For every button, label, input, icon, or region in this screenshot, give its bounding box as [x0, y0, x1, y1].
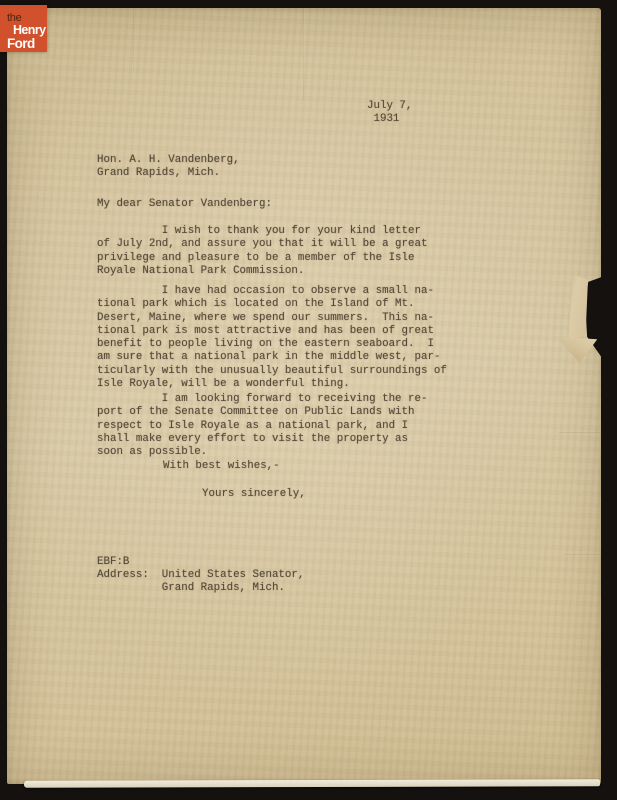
reference-initials: EBF:B [97, 556, 129, 569]
body-paragraph: I wish to thank you for your kind letter… [97, 225, 427, 278]
closing-line: With best wishes,- [163, 460, 280, 473]
logo-name-line1: Henry [13, 23, 45, 37]
scan-background: July 7, 1931 Hon. A. H. Vandenberg, Gran… [0, 0, 617, 800]
recipient-address: Hon. A. H. Vandenberg, Grand Rapids, Mic… [97, 154, 240, 181]
salutation: My dear Senator Vandenberg: [97, 198, 272, 211]
address-note: Address: United States Senator, Grand Ra… [97, 569, 304, 596]
signoff-line: Yours sincerely, [202, 488, 306, 501]
underlying-sheet-edge [24, 779, 600, 788]
henry-ford-logo: the Henry Ford [0, 5, 47, 52]
logo-name-line2: Ford [7, 36, 35, 51]
letter-date: July 7, 1931 [367, 100, 412, 127]
letter-page: July 7, 1931 Hon. A. H. Vandenberg, Gran… [7, 8, 601, 784]
body-paragraph: I have had occasion to observe a small n… [97, 285, 447, 391]
body-paragraph: I am looking forward to receiving the re… [97, 393, 427, 459]
